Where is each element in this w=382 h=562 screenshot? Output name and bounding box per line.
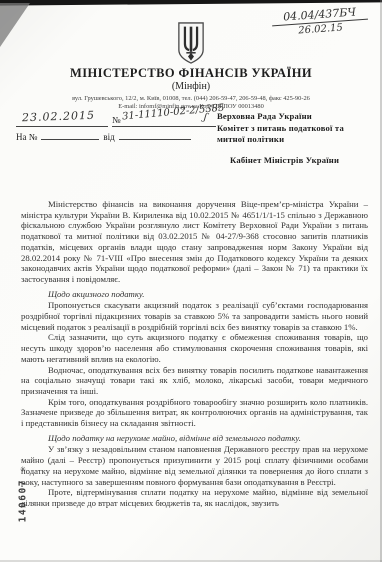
paragraph-excise-burden: Водночас, оподаткування всіх без винятку…	[21, 365, 368, 397]
paragraph-excise-payers: Крім того, оподаткування роздрібного тов…	[21, 397, 368, 429]
recipient-cabinet-of-ministers: Кабінет Міністрів України	[230, 155, 380, 165]
ukraine-trident-emblem	[177, 22, 205, 64]
section-heading-excise-tax: Щодо акцизного податку.	[21, 289, 368, 300]
ministry-short-name: (Мінфін)	[0, 81, 382, 92]
letter-body: Міністерство фінансів на виконання доруч…	[21, 199, 368, 509]
paragraph-excise-purpose: Слід зазначити, що суть акцизного податк…	[21, 332, 368, 364]
paragraph-property-consequence: Проте, відтермінування сплати податку на…	[21, 487, 368, 508]
ministry-address: вул. Грушевського, 12/2, м. Київ, 01008,…	[0, 95, 382, 102]
vertical-registration-number: 140607 ✳	[18, 439, 29, 549]
handwritten-registration-note: 04.04/437БЧ 26.02.15	[271, 5, 369, 39]
ministry-title: МІНІСТЕРСТВО ФІНАНСІВ УКРАЇНИ	[0, 66, 382, 81]
scan-edge-artifact	[0, 0, 382, 6]
paragraph-intro: Міністерство фінансів на виконання доруч…	[21, 199, 368, 285]
handwritten-letter-date: 23.02.2015	[22, 109, 95, 125]
on-number-label: На №	[16, 132, 37, 142]
page-fold-artifact	[0, 3, 30, 47]
scanned-letter-page: 04.04/437БЧ 26.02.15 МІНІСТЕРСТВО ФІНАНС…	[0, 0, 382, 562]
on-number-blank	[41, 130, 99, 140]
paragraph-property-proposal: У зв’язку з незадовільним станом наповне…	[21, 444, 368, 487]
from-label: від	[103, 132, 114, 142]
recipient-verkhovna-rada-committee: Верховна Рада України Комітет з питань п…	[217, 111, 377, 146]
section-heading-property-tax: Щодо податку на нерухоме майно, відмінне…	[21, 433, 368, 444]
from-blank	[119, 130, 191, 140]
number-underline	[112, 126, 216, 127]
date-underline	[16, 126, 108, 127]
reply-reference-row: На №від	[16, 130, 191, 142]
number-sign-label: №	[112, 115, 121, 125]
paragraph-excise-proposal: Пропонується скасувати акцизний податок …	[21, 300, 368, 332]
